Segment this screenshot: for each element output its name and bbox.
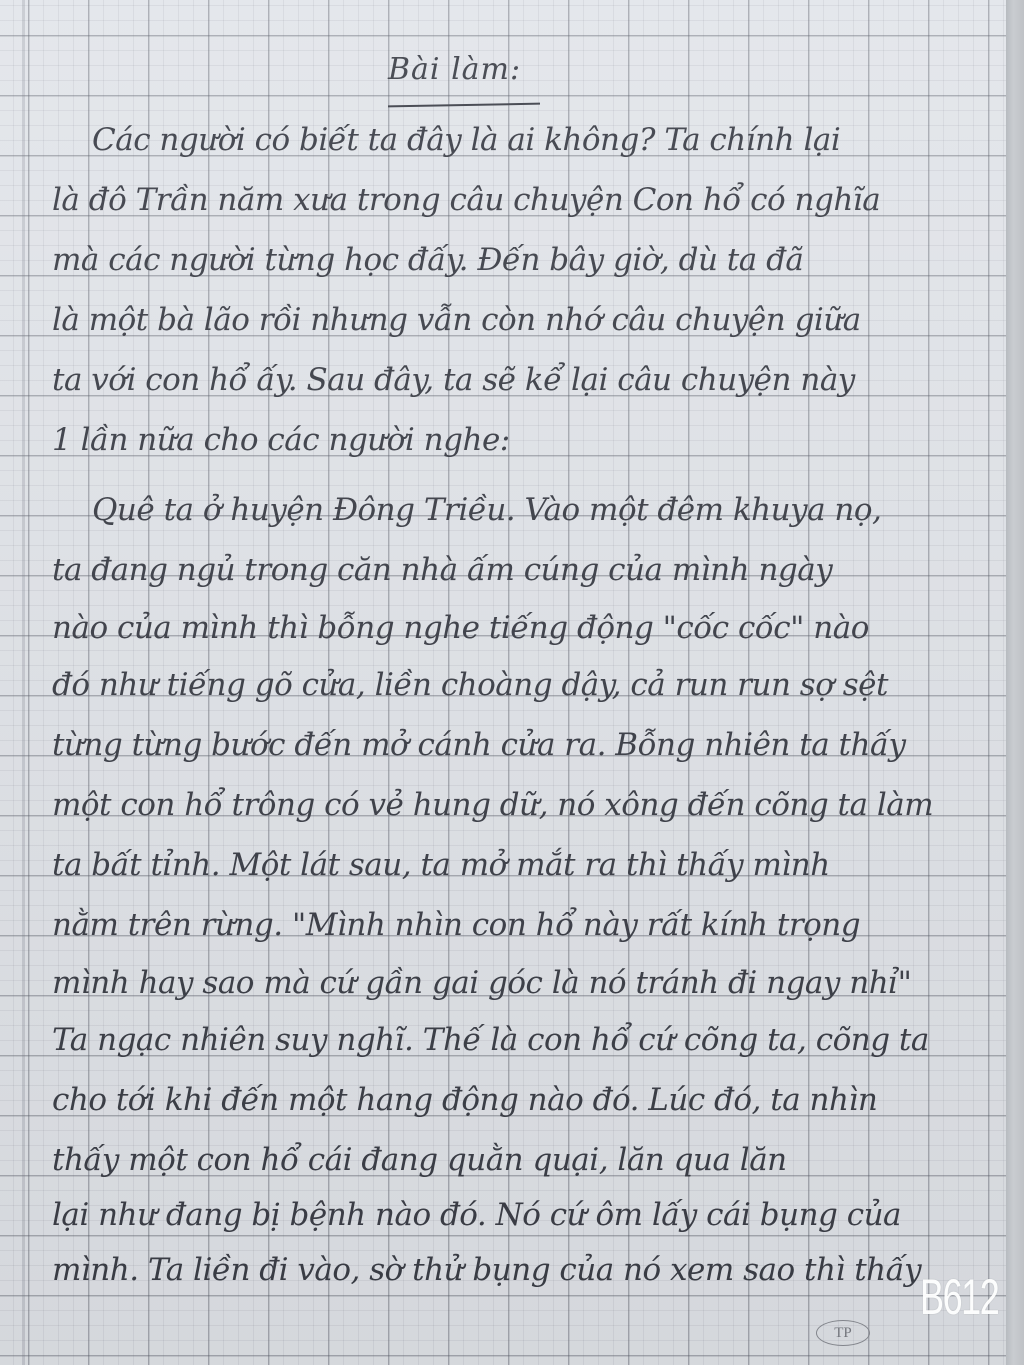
page-edge <box>1006 0 1024 1365</box>
text-line: ta với con hổ ấy. Sau đây, ta sẽ kể lại … <box>52 360 992 400</box>
text-line: ta bất tỉnh. Một lát sau, ta mở mắt ra t… <box>52 845 992 885</box>
notebook-brand-mark: TP <box>816 1320 870 1346</box>
title-underline <box>388 103 540 108</box>
text-line: ta đang ngủ trong căn nhà ấm cúng của mì… <box>52 550 992 590</box>
text-line: Ta ngạc nhiên suy nghĩ. Thế là con hổ cứ… <box>52 1020 992 1060</box>
text-line: Quê ta ở huyện Đông Triều. Vào một đêm k… <box>92 490 992 530</box>
text-line: mà các người từng học đấy. Đến bây giờ, … <box>52 240 992 280</box>
text-line: lại như đang bị bệnh nào đó. Nó cứ ôm lấ… <box>52 1195 992 1235</box>
text-line: nằm trên rừng. "Mình nhìn con hổ này rất… <box>52 905 992 945</box>
text-line: mình. Ta liền đi vào, sờ thử bụng của nó… <box>52 1250 992 1290</box>
text-line: 1 lần nữa cho các người nghe: <box>52 420 992 460</box>
text-line: cho tới khi đến một hang động nào đó. Lú… <box>52 1080 992 1120</box>
notebook-page: Bài làm: Các người có biết ta đây là ai … <box>0 0 1008 1365</box>
text-line: từng từng bước đến mở cánh cửa ra. Bỗng … <box>52 725 992 765</box>
text-line: là đô Trần năm xưa trong câu chuyện Con … <box>52 180 992 220</box>
text-line: mình hay sao mà cứ gần gai góc là nó trá… <box>52 963 992 1003</box>
camera-watermark: B612 <box>920 1268 998 1326</box>
text-line: thấy một con hổ cái đang quằn quại, lăn … <box>52 1140 992 1180</box>
page-margin-line <box>22 0 25 1365</box>
text-line: Các người có biết ta đây là ai không? Ta… <box>92 120 992 160</box>
text-line: đó như tiếng gõ cửa, liền choàng dậy, cả… <box>52 665 992 705</box>
essay-title: Bài làm: <box>388 52 521 87</box>
text-line: một con hổ trông có vẻ hung dữ, nó xông … <box>52 785 992 825</box>
text-line: nào của mình thì bỗng nghe tiếng động "c… <box>52 608 992 648</box>
text-line: là một bà lão rồi nhưng vẫn còn nhớ câu … <box>52 300 992 340</box>
